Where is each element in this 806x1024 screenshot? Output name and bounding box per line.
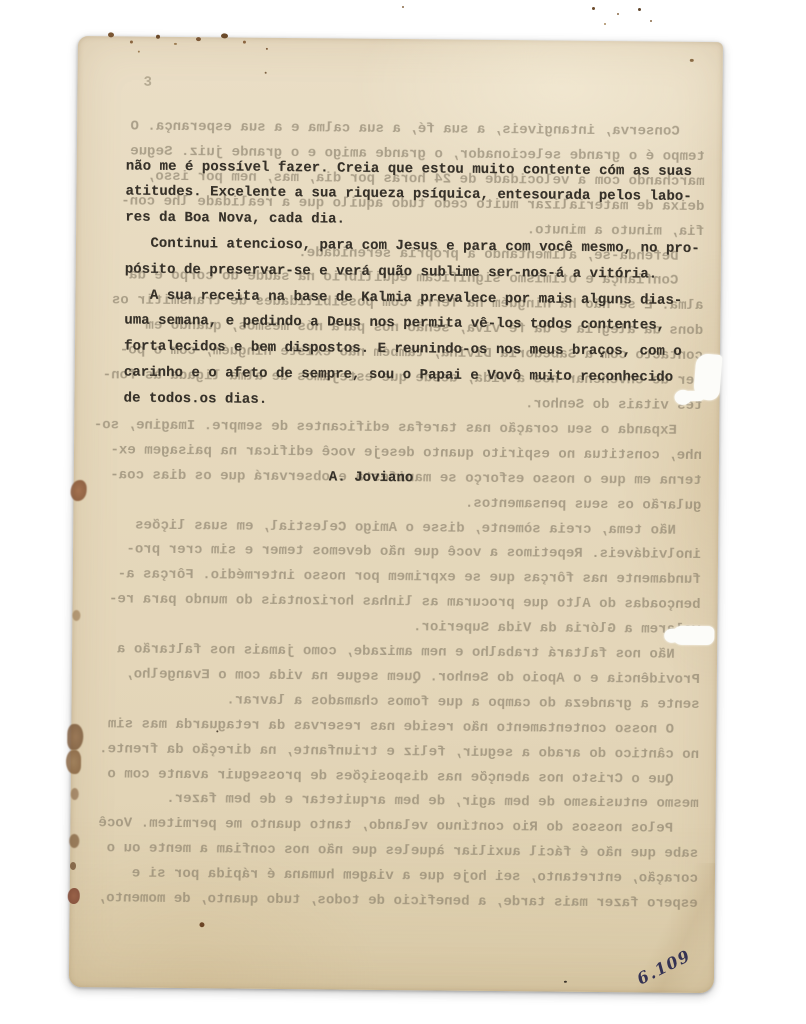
- edge-stain: [71, 480, 87, 501]
- damage-patch: [664, 629, 679, 643]
- ghost-line: Não nos faltará trabalho e nem amizade, …: [88, 637, 700, 668]
- ghost-line: Pelos nossos do Rio contínuo velando, ta…: [86, 811, 698, 842]
- stain-speck: [266, 48, 268, 50]
- ghost-line: fundamente nas fôrças que se exprimem po…: [89, 562, 701, 593]
- damage-patch: [685, 391, 705, 401]
- ghost-line: Providência e o Apoio do Senhor. Quem se…: [88, 662, 700, 693]
- scanned-document-photo: 3 Conserva, intangíveis, a sua fé, a sua…: [0, 0, 806, 1024]
- dust-speck: [617, 13, 619, 15]
- signature: A. Joviano: [329, 466, 703, 495]
- edge-stain: [72, 610, 80, 621]
- typed-lines: não me é possível fazer. Creia que estou…: [123, 154, 705, 418]
- stain-speck: [243, 41, 246, 44]
- stain-speck: [196, 37, 201, 41]
- stain-speck: [216, 730, 218, 732]
- stain-speck: [221, 33, 228, 38]
- ghost-line: velarem a Glória da Vida Superior.: [88, 612, 700, 643]
- stain-speck: [108, 32, 114, 37]
- ghost-line: mesmo entusiasmo de bem agir, de bem arq…: [87, 787, 699, 818]
- dust-speck: [650, 20, 652, 22]
- dust-speck: [592, 7, 595, 10]
- ghost-line: espero fazer mais tarde, a benefício de …: [86, 886, 698, 917]
- stain-speck: [138, 51, 140, 53]
- edge-stain: [66, 750, 81, 774]
- ghost-line: O nosso contentamento não reside nas res…: [87, 712, 699, 743]
- page-number: 3: [143, 75, 152, 91]
- handwritten-catalog-number: 6.109: [634, 946, 694, 989]
- edge-stain: [71, 788, 79, 800]
- stain-speck: [690, 59, 694, 62]
- stain-speck: [199, 922, 204, 927]
- ghost-line: sabe que não é fácil auxiliar àqueles qu…: [86, 836, 698, 867]
- paper-sheet: 3 Conserva, intangíveis, a sua fé, a sua…: [69, 36, 723, 993]
- stain-speck: [174, 43, 177, 45]
- ghost-line: coração, entretanto, sei hoje que a viag…: [86, 861, 698, 892]
- ghost-line: bençoadas do Alto que procuram as linhas…: [88, 587, 700, 618]
- typed-text: não me é possível fazer. Creia que estou…: [122, 102, 706, 546]
- stain-speck: [130, 40, 133, 43]
- dust-speck: [604, 23, 606, 25]
- edge-stain: [67, 724, 83, 750]
- stain-speck: [156, 35, 160, 39]
- edge-stain: [68, 888, 80, 904]
- stain-speck: [564, 981, 567, 983]
- ghost-line: sente a grandeza do campo a que fomos ch…: [88, 687, 700, 718]
- dust-speck: [402, 6, 404, 8]
- stain-speck: [265, 72, 267, 74]
- edge-stain: [69, 834, 79, 848]
- dust-speck: [638, 8, 641, 11]
- ghost-line: Que o Cristo nos abençõe nas disposições…: [87, 762, 699, 793]
- ghost-line: no cântico do arado a seguir, feliz e tr…: [87, 737, 699, 768]
- edge-stain: [70, 862, 76, 870]
